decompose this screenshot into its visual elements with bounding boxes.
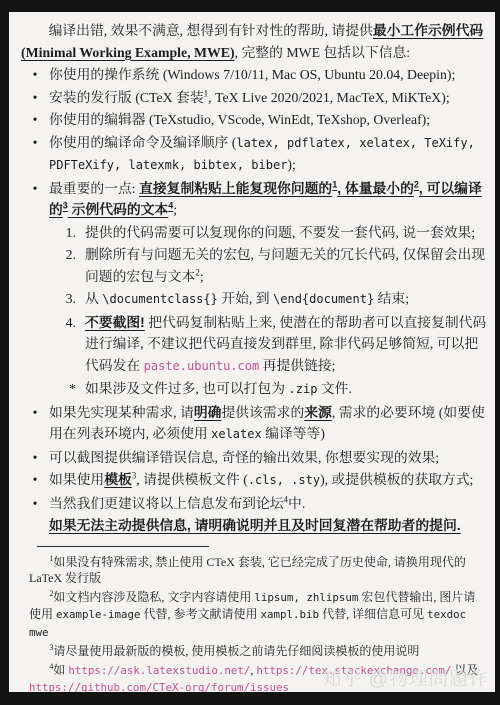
text-segment: 示例代码的文本 [68,202,168,217]
numbered-item-1: 1.提供的代码需要可以复现你的问题, 不要发一套代码, 说一套效果; [21,222,487,244]
text-segment: ; [200,269,204,284]
text-segment: 直接复制粘贴上能复现你问题的 [139,181,332,196]
list-marker: • [21,64,49,86]
footnote-3: 3请尽量使用最新版的模板, 使用模板之前请先仔细阅读模板的使用说明 [21,643,487,660]
hyperlink[interactable]: paste.ubuntu.com [144,359,260,373]
text-segment: lipsum, zhlipsum [254,591,358,604]
bullet-forum: •当然我们更建议将以上信息发布到论坛4中. [21,493,487,515]
text-segment: 模板 [104,472,132,487]
list-marker: • [21,178,49,200]
zhihu-watermark: 知乎 @物理問題作 [322,664,489,691]
text-segment: 你使用的编辑器 (TeXstudio, VScode, WinEdt, TeXs… [49,112,430,127]
text-segment: 请尽量使用最新版的模板, 使用模板之前请先仔细阅读模板的使用说明 [53,644,419,658]
text-segment: ; [173,202,177,217]
text-segment: 你使用的编译命令及编译顺序 ( [49,135,236,150]
text-segment: 如果无法主动提供信息, 请明确说明并且及时回复潜在帮助者的提问. [49,518,461,533]
text-segment: 提供该需求的 [221,405,304,420]
text-segment: 最小工作示例代码 [373,23,483,38]
bullet-screenshot-ok: •可以截图提供编译错误信息, 奇怪的输出效果, 你想要实现的效果; [21,447,487,469]
footnote-separator [37,546,209,547]
list-marker: • [21,109,49,131]
text-segment: 当然我们更建议将以上信息发布到论坛 [49,496,284,511]
list-marker: • [21,493,49,515]
text-segment: 如果涉及文件过多, 也可以打包为 [85,381,289,396]
numbered-item-2: 2.删除所有与问题无关的宏包, 与问题无关的冗长代码, 仅保留会出现问题的宏包与… [21,244,487,287]
text-segment: 文件. [317,381,352,396]
text-segment: xampl.bib [261,608,320,621]
footnote-2: 2如文档内容涉及隐私, 文字内容请使用 lipsum, zhlipsum 宏包代… [21,589,487,642]
list-marker: 2. [21,244,85,266]
text-segment: 结束; [374,291,409,306]
text-segment: xelatex [211,427,262,441]
bullet-distribution: •安装的发行版 (CTeX 套装1, TeX Live 2020/2021, M… [21,87,487,109]
text-segment: 如文档内容涉及隐私, 文字内容请使用 [53,590,254,604]
bullet-compile-commands: •你使用的编译命令及编译顺序 (latex, pdflatex, xelatex… [21,132,487,177]
list-marker: 4. [21,312,85,334]
numbered-item-3: 3.从 \documentclass{} 开始, 到 \end{document… [21,288,487,311]
text-segment: 如果使用 [49,472,104,487]
text-segment: 不要截图! [85,315,145,330]
text-segment: \documentclass{} [102,292,218,306]
final-statement: 如果无法主动提供信息, 请明确说明并且及时回复潜在帮助者的提问. [21,515,487,537]
text-segment: , 完整的 MWE 包括以下信息: [235,45,411,60]
list-marker: 1. [21,222,85,244]
text-segment: 最重要的一点: [49,181,139,196]
hyperlink[interactable]: https://ask.latexstudio.net/ [68,664,250,677]
bullet-editor: •你使用的编辑器 (TeXstudio, VScode, WinEdt, TeX… [21,109,487,131]
document-body: 编译出错, 效果不满意, 想得到有针对性的帮助, 请提供最小工作示例代码 (Mi… [21,20,487,692]
text-segment: 提供的代码需要可以复现你的问题, 不要发一套代码, 说一套效果; [85,225,475,240]
text-segment: , 体量最小的 [337,181,414,196]
text-segment: .cls, .sty [248,473,320,487]
list-marker: • [21,132,49,154]
text-segment: 你使用的操作系统 (Windows 7/10/11, Mac OS, Ubunt… [49,67,455,82]
text-segment: 编译等等) [262,426,325,441]
text-segment: , 请提供模板文件 ( [136,472,248,487]
text-segment: 开始, 到 [218,291,273,306]
text-segment: 安装的发行版 (CTeX 套装 [49,90,204,105]
text-segment: 如果先实现某种需求, 请 [49,405,194,420]
list-marker: • [21,87,49,109]
intro-paragraph: 编译出错, 效果不满意, 想得到有针对性的帮助, 请提供最小工作示例代码 (Mi… [21,20,487,63]
list-marker: • [21,447,49,469]
text-segment: (Minimal Working Example, MWE) [21,45,235,60]
text-segment: 可以截图提供编译错误信息, 奇怪的输出效果, 你想要实现的效果; [49,450,439,465]
text-segment: 再提供链接; [259,358,335,373]
bullet-template: •如果使用模板3, 请提供模板文件 (.cls, .sty), 或提供模板的获取… [21,469,487,492]
text-segment: ), 或提供模板的获取方式; [320,472,473,487]
text-segment: .zip [289,382,318,396]
text-segment: 明确 [194,405,222,420]
bullet-most-important: •最重要的一点: 直接复制粘贴上能复现你问题的1, 体量最小的2, 可以编译的3… [21,178,487,221]
bullet-os: •你使用的操作系统 (Windows 7/10/11, Mac OS, Ubun… [21,64,487,86]
document-page: 编译出错, 效果不满意, 想得到有针对性的帮助, 请提供最小工作示例代码 (Mi… [9,12,495,692]
text-segment: example-image [56,608,141,621]
text-segment: 删除所有与问题无关的宏包, 与问题无关的冗长代码, 仅保留会出现问题的宏包与文本 [85,247,485,284]
bullet-requirement-source: •如果先实现某种需求, 请明确提供该需求的来源, 需求的必要环境 (如要使用在列… [21,402,487,446]
text-segment: 编译出错, 效果不满意, 想得到有针对性的帮助, 请提供 [49,23,373,38]
text-segment: 代替, 详细信息可见 [319,607,427,621]
numbered-item-4: 4.不要截图! 把代码复制粘贴上来, 使潜在的帮助者可以直接复制代码进行编译, … [21,312,487,378]
text-segment: \end{document} [273,292,374,306]
list-marker: • [21,469,49,491]
star-item: *如果涉及文件过多, 也可以打包为 .zip 文件. [21,378,487,401]
footnote-1: 1如果没有特殊需求, 禁止使用 CTeX 套装, 它已经完成了历史使命, 请换用… [21,554,487,587]
text-segment: 代替, 参考文献请使用 [141,607,261,621]
text-segment: 来源 [304,405,332,420]
hyperlink[interactable]: https://github.com/CTeX-org/forum/issues [29,681,289,692]
text-segment: 从 [85,291,102,306]
text-segment: 如 [53,663,68,677]
list-marker: * [21,378,85,400]
list-marker: 3. [21,288,85,310]
text-segment: ); [287,157,295,172]
list-marker: • [21,402,49,424]
text-segment: , TeX Live 2020/2021, MacTeX, MiKTeX); [208,90,450,105]
text-segment: 如果没有特殊需求, 禁止使用 CTeX 套装, 它已经完成了历史使命, 请换用现… [29,555,466,586]
text-segment: 中. [288,496,305,511]
